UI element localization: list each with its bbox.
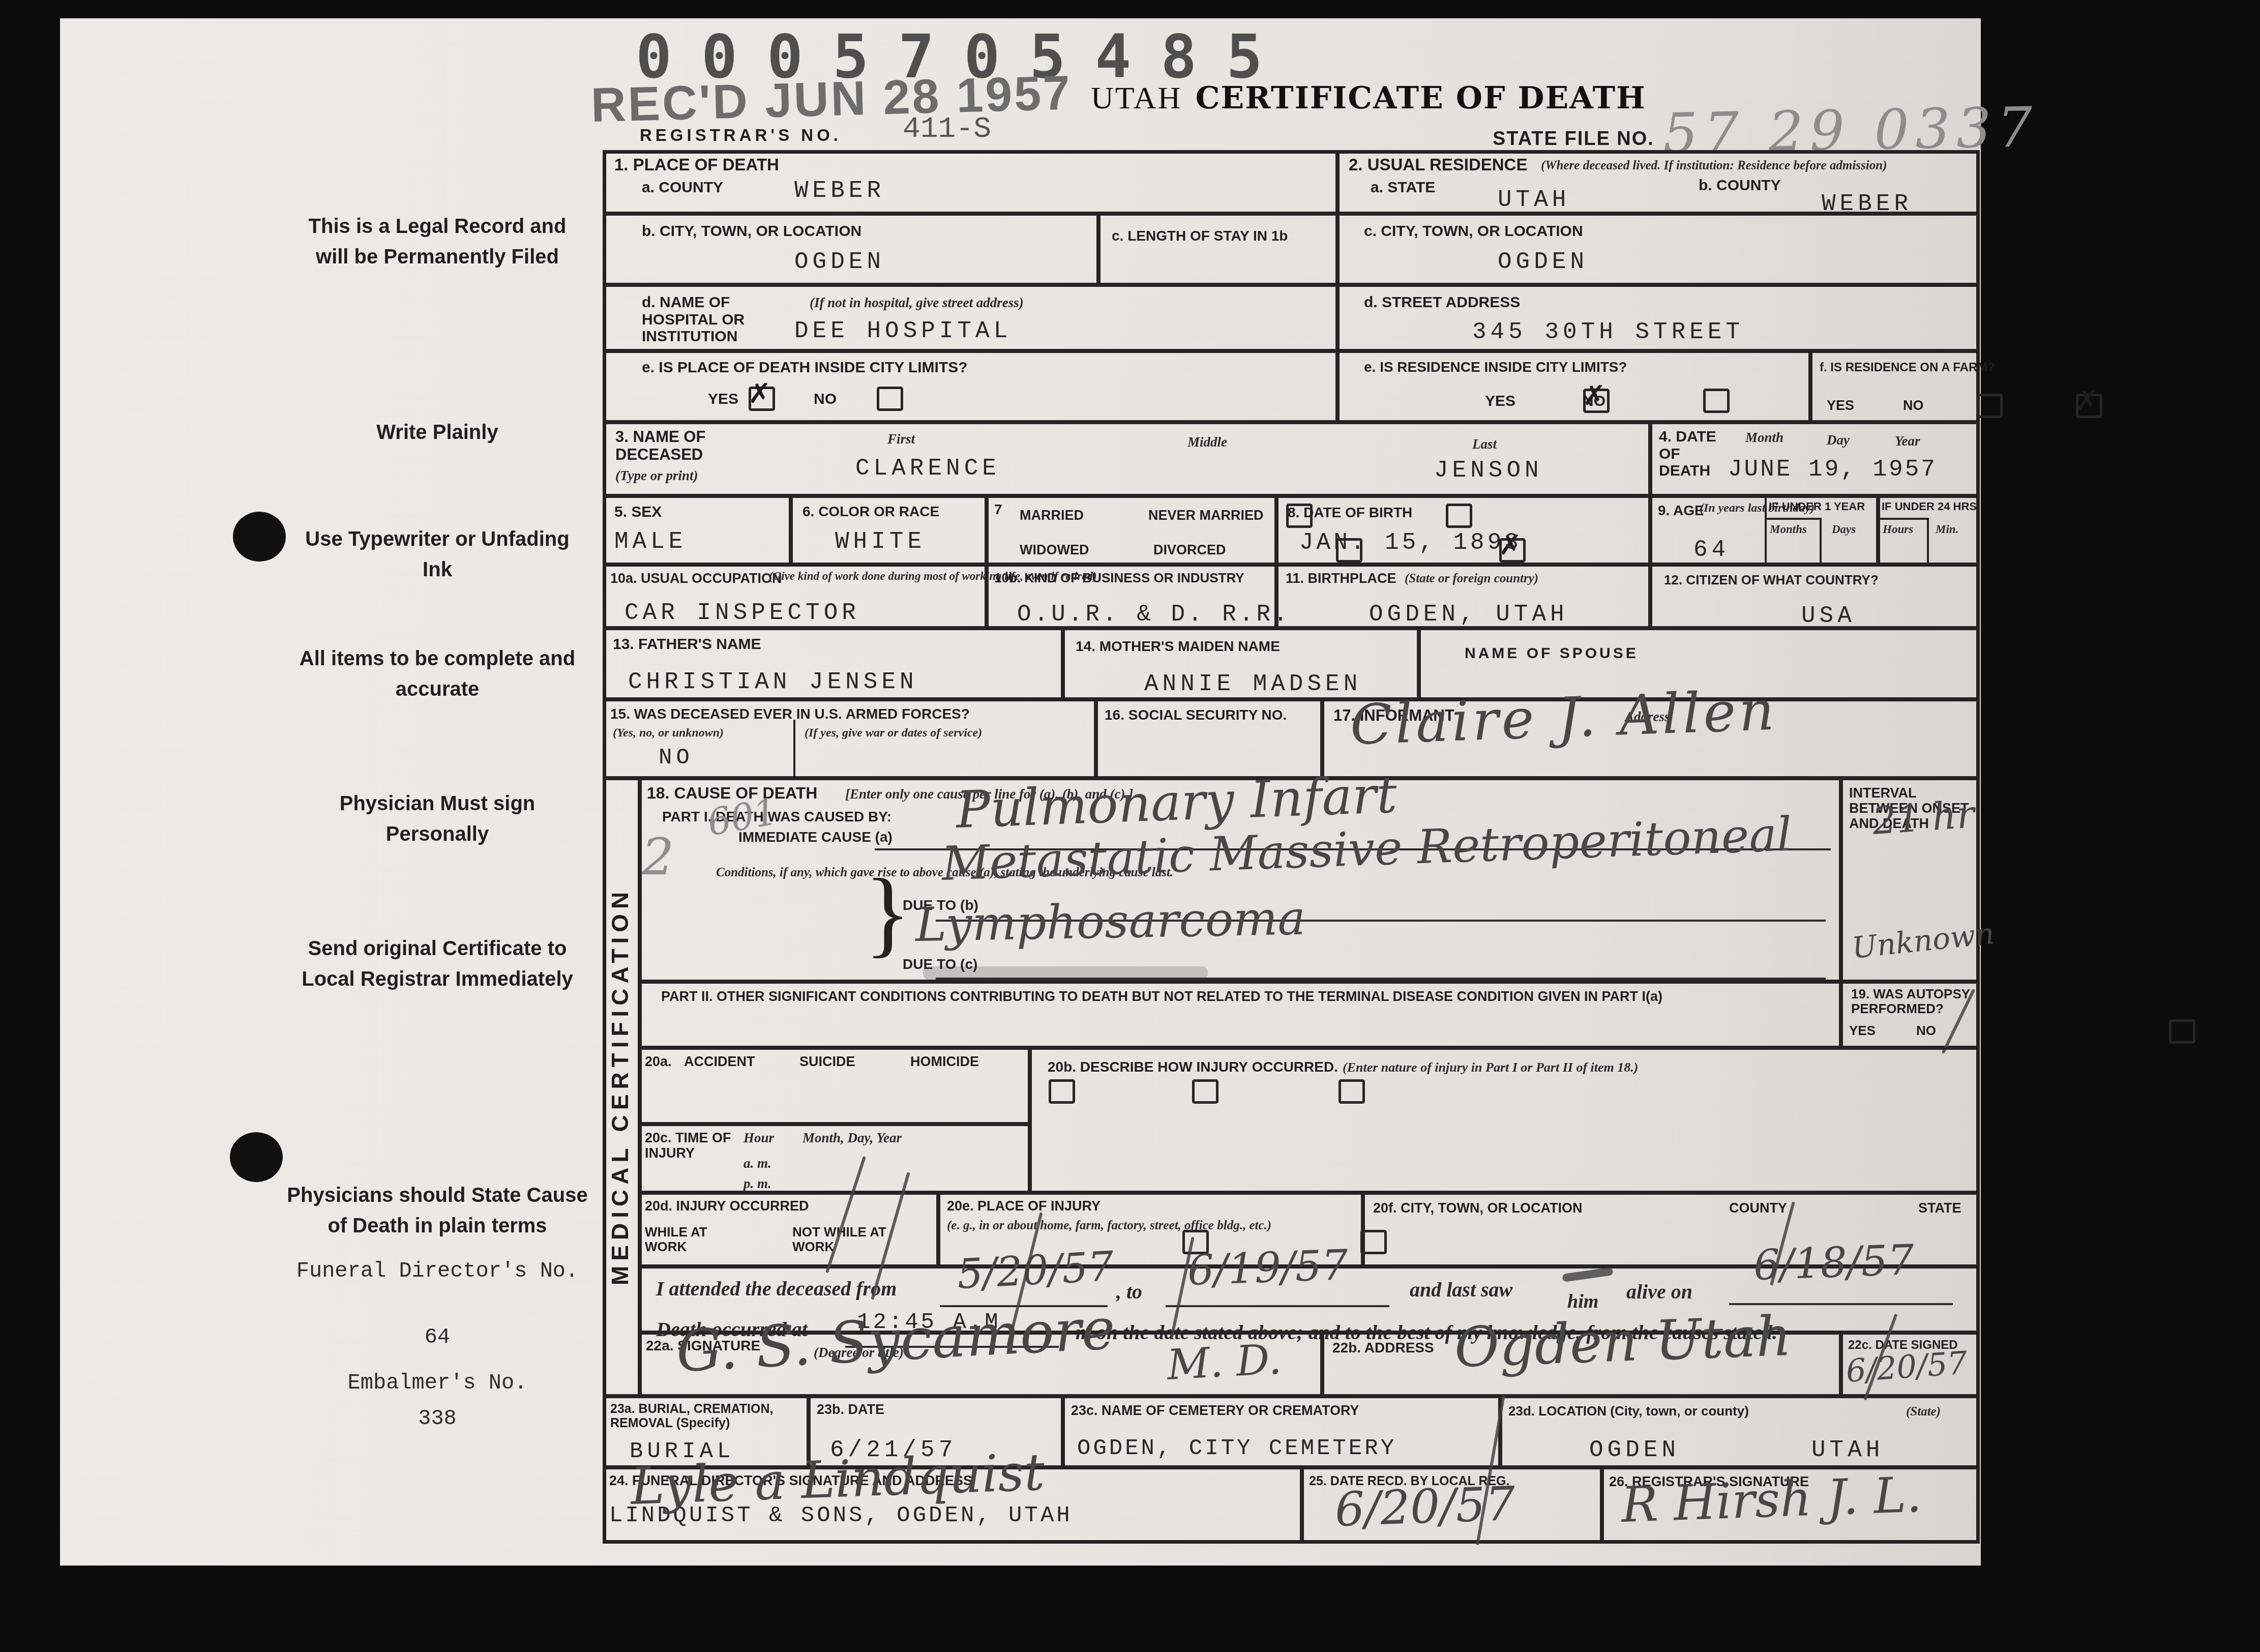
- field-21-text1: I attended the deceased from: [656, 1278, 897, 1301]
- field-2b-value: WEBER: [1822, 192, 1912, 216]
- title-state: UTAH: [1091, 81, 1182, 115]
- field-18-conditions-note: Conditions, if any, which gave rise to a…: [716, 866, 864, 880]
- field-2f-yes-label: YES: [1827, 398, 1854, 413]
- field-1e-yes-label: YES: [708, 391, 738, 408]
- field-1d-note: (If not in hospital, give street address…: [810, 295, 1024, 310]
- field-22b-label: 22b. ADDRESS: [1332, 1340, 1434, 1355]
- field-4-month-head: Month: [1745, 430, 1783, 445]
- punch-hole: [233, 512, 286, 562]
- field-20c-mdy-label: Month, Day, Year: [802, 1130, 902, 1145]
- field-4-value: JUNE 19, 1957: [1728, 458, 1937, 481]
- cause-c-line: [936, 978, 1826, 980]
- field-20a-num: 20a.: [645, 1054, 672, 1069]
- field-3-last-value: JENSON: [1434, 459, 1543, 482]
- field-2f-label: f. IS RESIDENCE ON A FARM?: [1820, 361, 1995, 375]
- field-13-label: 13. FATHER'S NAME: [613, 636, 761, 653]
- field-9-min-label: Min.: [1936, 523, 1958, 536]
- field-20a-homicide-label: HOMICIDE: [910, 1054, 979, 1069]
- margin-note-write-plainly: Write Plainly: [295, 417, 580, 448]
- margin-note-send-original: Send original Certificate to Local Regis…: [295, 933, 580, 994]
- field-15-note1: (Yes, no, or unknown): [613, 726, 724, 740]
- field-7-widowed-label: WIDOWED: [1020, 542, 1089, 557]
- physician-degree-handwriting: M. D.: [1166, 1341, 1283, 1384]
- field-11-note: (State or foreign country): [1405, 572, 1538, 586]
- medical-certification-label: MEDICAL CERTIFICATION: [608, 793, 632, 1378]
- field-3-sub: (Type or print): [615, 468, 698, 483]
- pencil-code-601: 601: [705, 795, 780, 840]
- field-2b-label: b. COUNTY: [1699, 177, 1781, 194]
- field-9-hours-label: Hours: [1883, 523, 1913, 536]
- field-5-value: MALE: [614, 530, 687, 553]
- field-2f-no-label: NO: [1903, 398, 1924, 413]
- field-2e-no-checkbox: [1703, 389, 1730, 413]
- field-11-label: 11. BIRTHPLACE: [1286, 571, 1396, 586]
- field-1c-label: c. LENGTH OF STAY IN 1b: [1112, 228, 1288, 244]
- field-2e-no-label: NO: [1583, 393, 1605, 410]
- field-20e-label: 20e. PLACE OF INJURY: [947, 1198, 1101, 1214]
- field-9-under24-label: IF UNDER 24 HRS.: [1882, 500, 1980, 513]
- field-21-text2: , to: [1116, 1281, 1142, 1304]
- field-20f-state-label: STATE: [1918, 1200, 1961, 1216]
- field-10b-label: 10b. KIND OF BUSINESS OR INDUSTRY: [994, 571, 1244, 585]
- field-23d-state-note: (State): [1906, 1405, 1941, 1419]
- funeral-director-no-value: 64: [295, 1322, 580, 1352]
- field-2e-yes-label: YES: [1485, 393, 1515, 410]
- field-19-label: 19. WAS AUTOPSY PERFORMED?: [1851, 987, 1973, 1016]
- field-2-note: (Where deceased lived. If institution: R…: [1541, 159, 1887, 173]
- field-4-title: 4. DATE OF DEATH: [1659, 428, 1735, 480]
- date-signed-handwriting: 6/20/57: [1845, 1348, 1968, 1385]
- field-23c-value: OGDEN, CITY CEMETERY: [1077, 1437, 1396, 1460]
- field-11-value: OGDEN, UTAH: [1369, 603, 1568, 626]
- field-20d-label: 20d. INJURY OCCURRED: [645, 1198, 809, 1214]
- field-9-days-label: Days: [1832, 523, 1856, 536]
- field-7-num: 7: [994, 501, 1002, 517]
- state-file-label: STATE FILE NO.: [1493, 128, 1654, 150]
- field-20e-note: (e. g., in or about home, farm, factory,…: [947, 1219, 1339, 1233]
- field-1-title: 1. PLACE OF DEATH: [614, 156, 779, 174]
- field-20a-accident-checkbox: [1049, 1079, 1075, 1104]
- field-23d-label: 23d. LOCATION (City, town, or county): [1508, 1404, 1749, 1419]
- field-23c-label: 23c. NAME OF CEMETERY OR CREMATORY: [1071, 1403, 1359, 1418]
- field-16-label: 16. SOCIAL SECURITY NO.: [1105, 707, 1287, 723]
- field-2f-yes-checkbox: [1976, 394, 2003, 418]
- field-20b-note: (Enter nature of injury in Part I or Par…: [1343, 1060, 1638, 1075]
- attended-from-date: 5/20/57: [956, 1248, 1115, 1293]
- field-23b-label: 23b. DATE: [817, 1402, 884, 1417]
- field-8-label: 8. DATE OF BIRTH: [1288, 505, 1412, 520]
- field-9-months-label: Months: [1770, 523, 1807, 536]
- registrar-no-label: REGISTRAR'S NO.: [640, 126, 842, 145]
- field-2c-value: OGDEN: [1498, 250, 1588, 274]
- cell-15-divider: [793, 720, 795, 778]
- field-3-first-value: CLARENCE: [855, 457, 1000, 480]
- margin-note-plain-terms: Physicians should State Cause of Death i…: [285, 1180, 590, 1241]
- x-mark-icon: ✗: [2075, 387, 2098, 415]
- field-20f-label: 20f. CITY, TOWN, OR LOCATION: [1373, 1200, 1583, 1216]
- field-1a-label: a. COUNTY: [642, 179, 723, 196]
- field-7-married-label: MARRIED: [1020, 508, 1084, 523]
- scanned-death-certificate: This is a Legal Record and will be Perma…: [0, 0, 2260, 1652]
- field-21-text3: and last saw: [1410, 1279, 1512, 1302]
- field-20a-accident-label: ACCIDENT: [684, 1054, 755, 1069]
- field-13-value: CHRISTIAN JENSEN: [628, 670, 918, 694]
- field-21-blank3: [1729, 1303, 1953, 1305]
- field-9-label: 9. AGE: [1658, 503, 1704, 518]
- field-20c-label: 20c. TIME OF INJURY: [645, 1130, 736, 1161]
- scan-edge-right: [1981, 0, 2260, 1652]
- field-20b-label: 20b. DESCRIBE HOW INJURY OCCURRED.: [1048, 1059, 1338, 1075]
- field-3-last-head: Last: [1472, 436, 1497, 452]
- interval-a-handwriting: 21 hr: [1871, 798, 1976, 838]
- margin-note-use-typewriter: Use Typewriter or Unfading Ink: [295, 524, 580, 585]
- field-20d-while-label: WHILE AT WORK: [645, 1225, 747, 1254]
- field-15-label: 15. WAS DECEASED EVER IN U.S. ARMED FORC…: [610, 706, 970, 722]
- punch-hole: [230, 1132, 283, 1182]
- field-15-note2: (If yes, give war or dates of service): [805, 726, 982, 740]
- field-21-text4: alive on: [1626, 1281, 1692, 1304]
- field-19-no-label: NO: [1916, 1023, 1936, 1038]
- spouse-label: NAME OF SPOUSE: [1465, 645, 1639, 662]
- field-20d-notwhile-label: NOT WHILE AT WORK: [792, 1225, 899, 1254]
- margin-note-physician-sign: Physician Must sign Personally: [295, 788, 580, 849]
- received-date-stamp: REC'D JUN 28 1957: [590, 69, 1073, 130]
- field-1e-no-checkbox: [877, 387, 903, 411]
- field-19-yes-label: YES: [1849, 1023, 1876, 1038]
- date-received-handwriting: 6/20/57: [1334, 1483, 1516, 1531]
- informant-signature: Claire J. Allen: [1349, 686, 1778, 750]
- field-20f-county-label: COUNTY: [1729, 1200, 1787, 1216]
- field-2f-no-checkbox: ✗: [2076, 394, 2102, 418]
- field-12-label: 12. CITIZEN OF WHAT COUNTRY?: [1664, 573, 1879, 587]
- scan-edge-top: [0, 0, 2260, 18]
- field-10a-value: CAR INSPECTOR: [625, 601, 860, 625]
- field-1e-no-label: NO: [814, 391, 837, 408]
- field-14-value: ANNIE MADSEN: [1144, 672, 1361, 696]
- field-6-value: WHITE: [835, 530, 926, 553]
- attended-to-date: 6/19/57: [1187, 1247, 1349, 1290]
- funeral-director-signature: Lyle a Lindquist: [630, 1450, 1045, 1510]
- field-20c-pm-label: p. m.: [744, 1176, 771, 1191]
- field-9-under1-label: IF UNDER 1 YEAR: [1769, 500, 1865, 513]
- field-20a-suicide-checkbox: [1192, 1079, 1218, 1104]
- field-21-him: him: [1567, 1291, 1598, 1313]
- field-18-part2: PART II. OTHER SIGNIFICANT CONDITIONS CO…: [661, 989, 1662, 1004]
- field-1b-label: b. CITY, TOWN, OR LOCATION: [642, 223, 861, 240]
- field-7-never-label: NEVER MARRIED: [1148, 508, 1264, 523]
- scan-edge-left: [0, 0, 60, 1652]
- field-23d-state-value: UTAH: [1811, 1438, 1884, 1462]
- field-3-middle-head: Middle: [1187, 434, 1227, 450]
- registrar-no-value: 411-S: [903, 113, 991, 146]
- margin-note-legal-record: This is a Legal Record and will be Perma…: [295, 211, 580, 272]
- cause-b2-handwriting: Lymphosarcoma: [915, 898, 1306, 947]
- field-1d-value: DEE HOSPITAL: [794, 319, 1012, 343]
- field-7-never-checkbox: [1446, 504, 1472, 528]
- pencil-code-2: 2: [642, 834, 674, 880]
- field-2d-value: 345 30TH STREET: [1472, 320, 1744, 344]
- field-2d-label: d. STREET ADDRESS: [1364, 294, 1520, 311]
- field-23d-city-value: OGDEN: [1589, 1438, 1680, 1462]
- field-15-value: NO: [659, 747, 694, 769]
- field-23a-label: 23a. BURIAL, CREMATION, REMOVAL (Specify…: [610, 1402, 798, 1430]
- field-9-value: 64: [1693, 538, 1730, 562]
- field-9-note: (In years last birthday): [1700, 501, 1771, 515]
- field-1e-yes-checkbox: ✗: [749, 387, 775, 411]
- field-10b-value: O.U.R. & D. R.R.: [1017, 603, 1291, 626]
- field-8-value: JAN. 15, 1893: [1299, 531, 1522, 554]
- title-main: CERTIFICATE OF DEATH: [1196, 80, 1646, 116]
- field-10a-label: 10a. USUAL OCCUPATION: [610, 571, 782, 586]
- margin-note-all-items: All items to be complete and accurate: [295, 643, 580, 704]
- field-2e-label: e. IS RESIDENCE INSIDE CITY LIMITS?: [1364, 359, 1627, 375]
- embalmer-no-value: 338: [295, 1404, 580, 1434]
- field-3-first-head: First: [887, 431, 915, 447]
- field-2-title: 2. USUAL RESIDENCE: [1349, 156, 1527, 174]
- field-12-value: USA: [1801, 604, 1856, 628]
- certificate-title: UTAH CERTIFICATE OF DEATH: [1091, 80, 1646, 116]
- field-1d-label: d. NAME OF HOSPITAL OR INSTITUTION: [642, 294, 794, 345]
- field-20c-hour-label: Hour: [744, 1130, 774, 1145]
- field-2a-value: UTAH: [1498, 188, 1570, 212]
- field-10a-note: (Give kind of work done during most of w…: [769, 570, 977, 583]
- field-20d-notwhile-checkbox: [1360, 1230, 1387, 1254]
- x-mark-icon: ✗: [748, 380, 771, 407]
- field-20a-homicide-checkbox: [1339, 1079, 1365, 1104]
- funeral-director-no-label: Funeral Director's No.: [295, 1256, 580, 1286]
- embalmer-no-label: Embalmer's No.: [295, 1368, 580, 1398]
- registrar-signature: R Hirsh J. L.: [1620, 1472, 1922, 1527]
- field-7-divorced-label: DIVORCED: [1153, 542, 1226, 557]
- field-21-blank2: [1166, 1305, 1389, 1307]
- field-3-title: 3. NAME OF DECEASED: [615, 428, 748, 463]
- field-20c-am-label: a. m.: [744, 1156, 771, 1171]
- field-2c-label: c. CITY, TOWN, OR LOCATION: [1364, 223, 1583, 240]
- field-2a-label: a. STATE: [1371, 179, 1435, 196]
- scan-edge-bottom: [0, 1566, 2260, 1652]
- field-4-year-head: Year: [1895, 433, 1920, 449]
- field-20a-suicide-label: SUICIDE: [799, 1054, 855, 1069]
- field-4-day-head: Day: [1827, 432, 1850, 448]
- field-6-label: 6. COLOR OR RACE: [802, 504, 939, 519]
- physician-address-handwriting: Ogden Utah: [1453, 1312, 1792, 1373]
- field-1e-label: e. IS PLACE OF DEATH INSIDE CITY LIMITS?: [642, 359, 968, 376]
- field-14-label: 14. MOTHER'S MAIDEN NAME: [1076, 638, 1280, 654]
- field-19-yes-checkbox: [2169, 1019, 2195, 1044]
- field-1b-value: OGDEN: [794, 250, 885, 274]
- field-5-label: 5. SEX: [614, 504, 662, 521]
- field-1a-value: WEBER: [794, 179, 885, 202]
- field-18-due-c: DUE TO (c): [903, 956, 977, 972]
- cell-1c: [1098, 214, 1337, 285]
